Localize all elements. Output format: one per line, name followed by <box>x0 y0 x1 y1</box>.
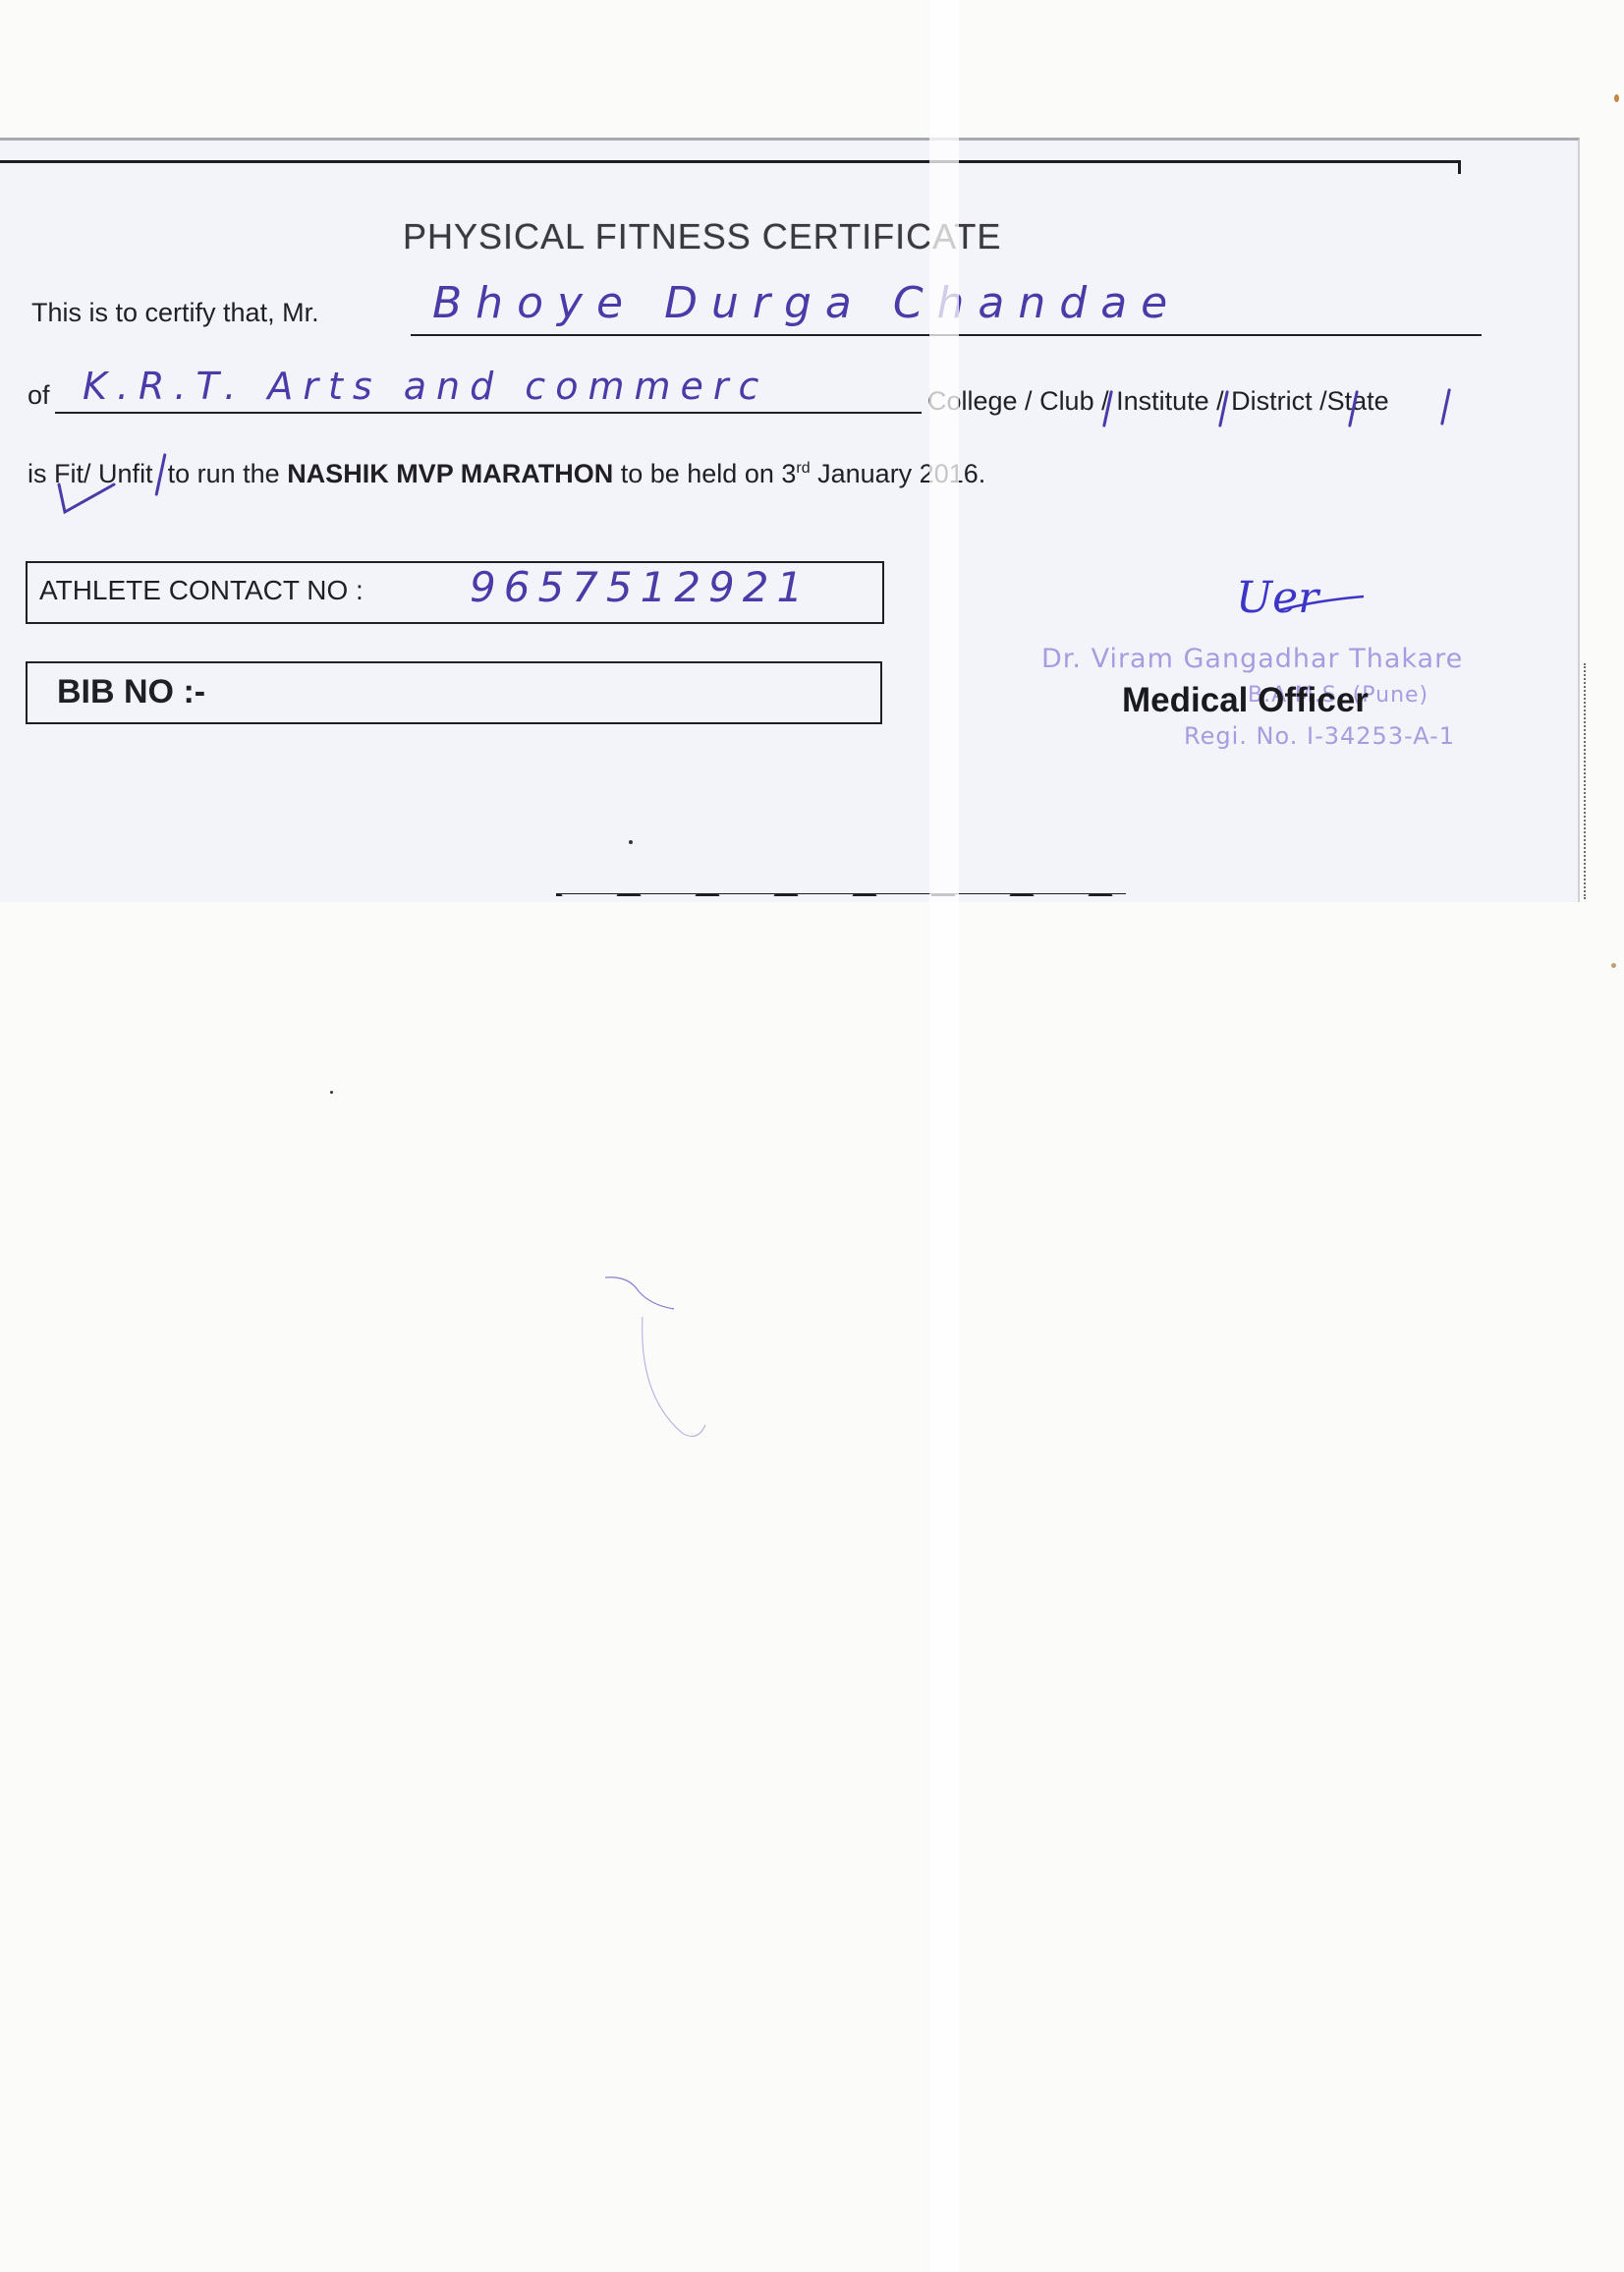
strike-state <box>1440 388 1451 426</box>
stamp-doctor-name: Dr. Viram Gangadhar Thakare <box>1041 644 1463 674</box>
event-date-post: January 2016. <box>817 459 985 488</box>
top-border-rule <box>0 160 1461 163</box>
medical-officer-label: Medical Officer <box>1122 681 1369 720</box>
athlete-contact-label: ATHLETE CONTACT NO : <box>39 575 364 606</box>
athlete-name-field: Bhoye Durga Chandae <box>432 278 1181 328</box>
fitness-prefix: is <box>28 459 47 488</box>
institution-field: K.R.T. Arts and commerc <box>83 365 768 408</box>
event-name: NASHIK MVP MARATHON <box>287 459 613 488</box>
fit-checkmark-icon <box>55 479 124 518</box>
date-ordinal: rd <box>796 460 810 477</box>
scan-speck <box>330 1091 333 1094</box>
stray-hair-mark <box>599 1268 707 1464</box>
signature-stroke <box>1277 595 1366 614</box>
fitness-statement: is Fit/ Unfit to run the NASHIK MVP MARA… <box>28 459 985 489</box>
athlete-contact-value: 9657512921 <box>470 563 811 611</box>
bib-number-label: BIB NO :- <box>57 673 205 711</box>
athlete-contact-box: ATHLETE CONTACT NO : 9657512921 <box>26 561 884 624</box>
scan-speck <box>629 840 633 844</box>
certify-prefix: This is to certify that, Mr. <box>31 298 319 328</box>
scan-speck <box>1611 963 1616 968</box>
name-blank-line <box>411 334 1482 336</box>
certificate-title: PHYSICAL FITNESS CERTIFICATE <box>403 216 1001 257</box>
institution-type-options: College / Club / Institute / District /S… <box>927 386 1389 417</box>
scan-speck <box>1614 94 1619 102</box>
right-border-rule <box>1584 663 1588 899</box>
bib-number-box: BIB NO :- <box>26 661 882 724</box>
fitness-mid: to run the <box>168 459 280 488</box>
institution-blank-line <box>55 412 922 414</box>
certificate-slip: PHYSICAL FITNESS CERTIFICATE This is to … <box>0 138 1580 902</box>
event-date-pre: to be held on 3 <box>621 459 797 488</box>
stamp-registration-number: Regi. No. I-34253-A-1 <box>1184 722 1455 750</box>
of-label: of <box>28 380 50 411</box>
bottom-border-rule <box>556 893 1126 896</box>
